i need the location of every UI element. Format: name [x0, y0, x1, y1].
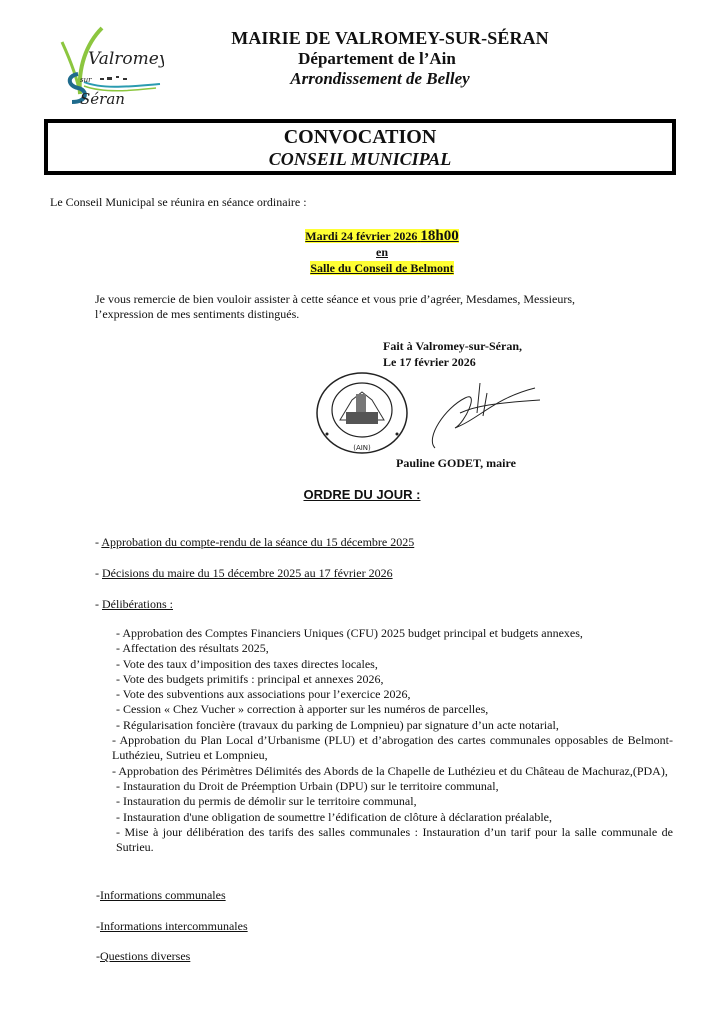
commune-seal: (AIN) [312, 370, 412, 456]
logo-text-small: sur [80, 76, 92, 84]
deliberation-item: - Affectation des résultats 2025, [116, 641, 673, 656]
deliberation-item: - Instauration du Droit de Préemption Ur… [116, 779, 673, 794]
agenda-item: - Décisions du maire du 15 décembre 2025… [95, 566, 393, 581]
meeting-info: Mardi 24 février 2026 18h00 en Salle du … [200, 228, 564, 277]
deliberation-item: - Régularisation foncière (travaux du pa… [116, 718, 673, 733]
meeting-place: Salle du Conseil de Belmont [310, 261, 453, 275]
logo-graphic-icon: Valromey sur Séran [44, 24, 164, 106]
banner-subtitle: CONSEIL MUNICIPAL [48, 149, 672, 169]
meeting-time: 18h00 [420, 228, 458, 244]
seal-bottom-text: (AIN) [353, 444, 371, 452]
deliberation-item: - Vote des budgets primitifs : principal… [116, 672, 673, 687]
deliberation-item: - Approbation des Périmètres Délimités d… [112, 764, 673, 779]
agenda-item: - Approbation du compte-rendu de la séan… [95, 535, 414, 550]
banner-title: CONVOCATION [48, 125, 672, 149]
department: Département de l’Ain [174, 49, 580, 69]
arrondissement: Arrondissement de Belley [180, 69, 580, 89]
deliberation-item: - Vote des subventions aux associations … [116, 687, 673, 702]
deliberation-item: - Mise à jour délibération des tarifs de… [116, 825, 673, 856]
meeting-date: Mardi 24 février 2026 [305, 229, 417, 243]
signature-place-date: Fait à Valromey-sur-Séran, Le 17 février… [383, 338, 522, 370]
agenda-heading: ORDRE DU JOUR : [0, 487, 724, 502]
courtesy-paragraph: Je vous remercie de bien vouloir assiste… [95, 292, 615, 322]
intro-text: Le Conseil Municipal se réunira en séanc… [50, 195, 307, 210]
deliberation-item: - Instauration du permis de démolir sur … [116, 794, 673, 809]
logo-text-bottom: Séran [80, 90, 125, 106]
agenda-closing-item: -Questions diverses [96, 949, 190, 964]
signature-place: Fait à Valromey-sur-Séran, [383, 338, 522, 354]
meeting-datetime: Mardi 24 février 2026 18h00 [305, 229, 458, 243]
mairie-title: MAIRIE DE VALROMEY-SUR-SÉRAN [200, 28, 580, 49]
signature-date: Le 17 février 2026 [383, 354, 522, 370]
deliberation-item: - Vote des taux d’imposition des taxes d… [116, 657, 673, 672]
signer-name: Pauline GODET, maire [396, 456, 516, 471]
deliberation-item: - Cession « Chez Vucher » correction à a… [116, 702, 673, 717]
agenda-closing-item: -Informations communales [96, 888, 226, 903]
seal-icon: (AIN) [312, 370, 412, 456]
deliberations-list: - Approbation des Comptes Financiers Uni… [116, 626, 673, 855]
agenda-item: - Délibérations : [95, 597, 173, 612]
letterhead: MAIRIE DE VALROMEY-SUR-SÉRAN Département… [200, 28, 580, 89]
deliberation-item: - Approbation du Plan Local d’Urbanisme … [112, 733, 673, 764]
deliberation-item: - Instauration d'une obligation de soume… [116, 810, 673, 825]
handwritten-signature [425, 378, 545, 453]
deliberation-item: - Approbation des Comptes Financiers Uni… [116, 626, 673, 641]
convocation-banner: CONVOCATION CONSEIL MUNICIPAL [44, 119, 676, 175]
logo-text-top: Valromey [88, 49, 164, 69]
agenda-closing-item: -Informations intercommunales [96, 919, 248, 934]
valromey-logo: Valromey sur Séran [44, 24, 164, 106]
signature-icon [425, 378, 545, 453]
meeting-connector: en [376, 245, 388, 259]
